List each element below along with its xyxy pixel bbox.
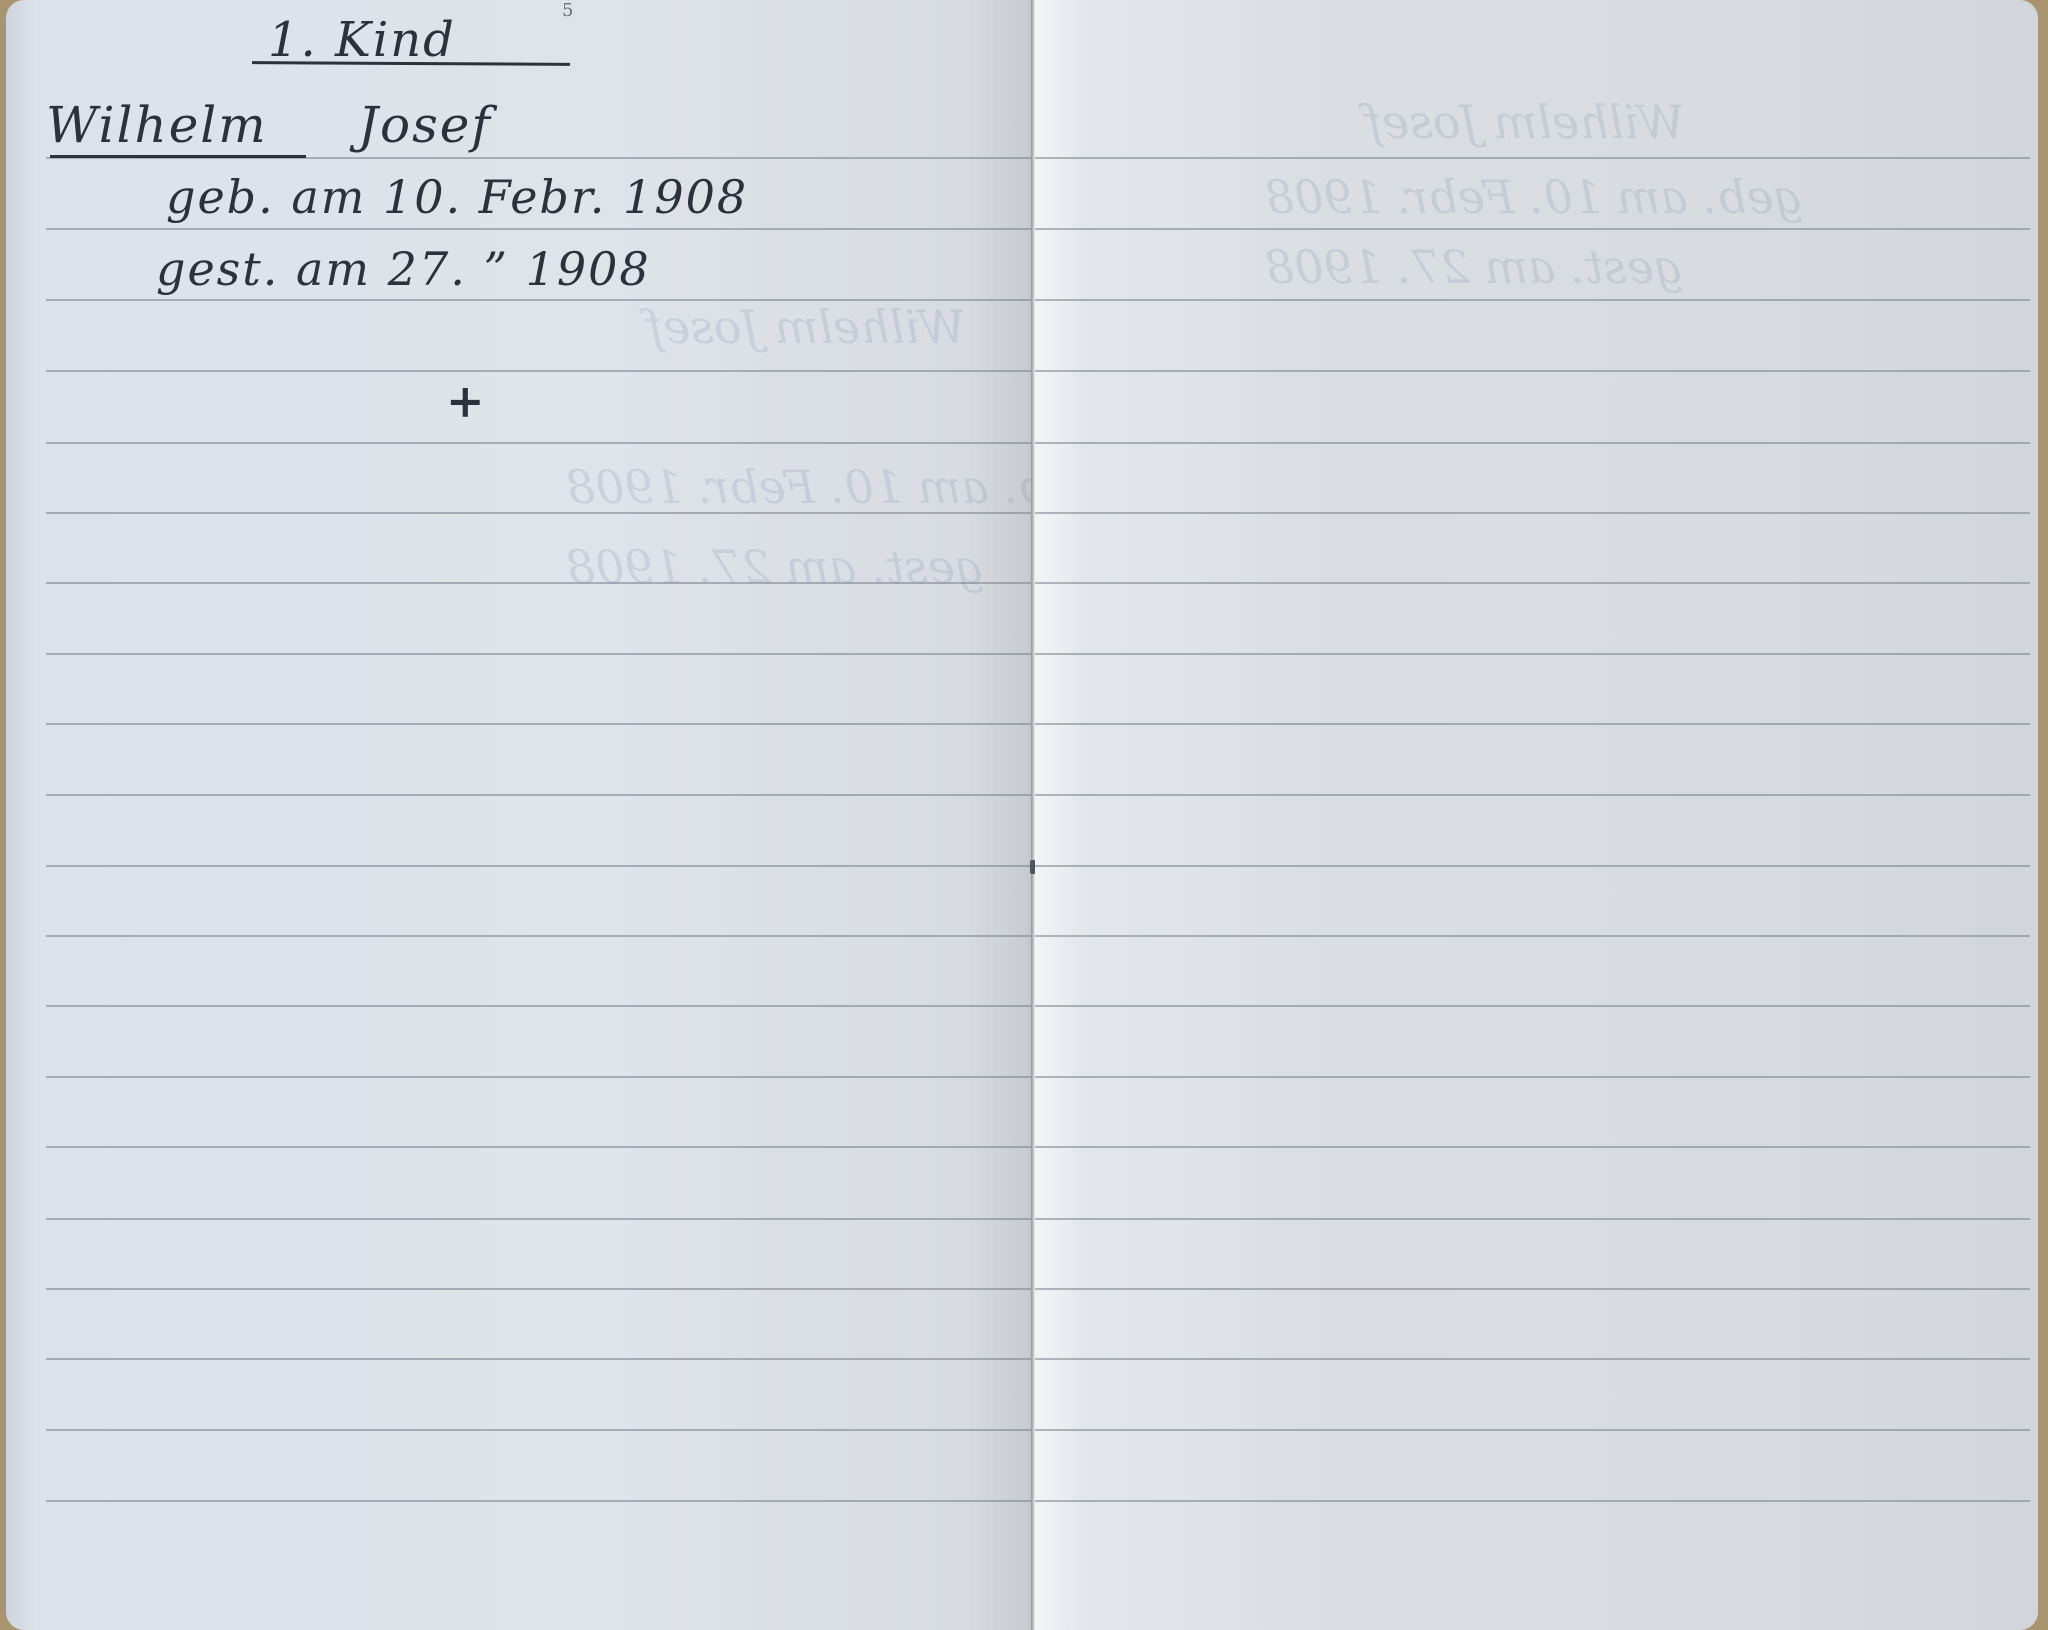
ruled-line — [1035, 653, 2030, 655]
ruled-line — [1035, 865, 2030, 867]
ruled-line — [1035, 299, 2030, 301]
right-page: Wilhelm Josef geb. am 10. Febr. 1908 ges… — [1035, 0, 2038, 1630]
bleed-through-text: Wilhelm Josef — [646, 300, 966, 354]
entry-heading: 1. Kind — [268, 12, 456, 68]
ruled-line — [1035, 512, 2030, 514]
ruled-line — [46, 1358, 1033, 1360]
notebook-spread: Wilhelm Josef geb. am 10. Febr. 1908 ges… — [0, 0, 2048, 1630]
bleed-through-text: Wilhelm Josef — [1365, 95, 1685, 149]
ruled-line — [1035, 1429, 2030, 1431]
ruled-line — [46, 1429, 1033, 1431]
ruled-line — [1035, 1500, 2030, 1502]
ruled-line — [46, 653, 1033, 655]
bleed-through-text: gest. am 27. 1908 — [1265, 240, 1684, 294]
ruled-line — [46, 723, 1033, 725]
ruled-line — [1035, 1005, 2030, 1007]
name-underline — [50, 155, 306, 158]
ruled-line — [46, 1288, 1033, 1290]
ruled-line — [1035, 1076, 2030, 1078]
page-number: 5 — [562, 0, 575, 21]
ruled-line — [1035, 794, 2030, 796]
ruled-line — [46, 370, 1033, 372]
ruled-line — [46, 794, 1033, 796]
ruled-line — [46, 1076, 1033, 1078]
ruled-line — [46, 1005, 1033, 1007]
death-cross-icon: + — [446, 374, 487, 428]
ruled-line — [46, 442, 1033, 444]
ruled-line — [1035, 582, 2030, 584]
ruled-line — [1035, 370, 2030, 372]
ruled-line — [1035, 1358, 2030, 1360]
ruled-line — [1035, 1218, 2030, 1220]
ruled-line — [46, 865, 1033, 867]
bleed-through-text: geb. am 10. Febr. 1908 — [566, 460, 1033, 514]
ruled-line — [1035, 723, 2030, 725]
bleed-through-text: geb. am 10. Febr. 1908 — [1265, 170, 1803, 224]
ruled-line — [46, 1146, 1033, 1148]
child-first-name: Wilhelm — [46, 96, 268, 154]
ruled-line — [1035, 935, 2030, 937]
child-second-name: Josef — [358, 96, 492, 154]
ruled-line — [46, 1500, 1033, 1502]
birth-date-line: geb. am 10. Febr. 1908 — [166, 170, 748, 224]
bleed-through-text: gest. am 27. 1908 — [566, 540, 985, 594]
death-date-line: gest. am 27. ” 1908 — [156, 242, 651, 296]
left-page: Wilhelm Josef geb. am 10. Febr. 1908 ges… — [6, 0, 1033, 1630]
ruled-line — [1035, 1288, 2030, 1290]
ruled-line — [1035, 1146, 2030, 1148]
ruled-line — [46, 935, 1033, 937]
ruled-line — [46, 228, 1033, 230]
ruled-line — [1035, 442, 2030, 444]
ruled-line — [1035, 228, 2030, 230]
ruled-line — [1035, 157, 2030, 159]
ruled-line — [46, 1218, 1033, 1220]
